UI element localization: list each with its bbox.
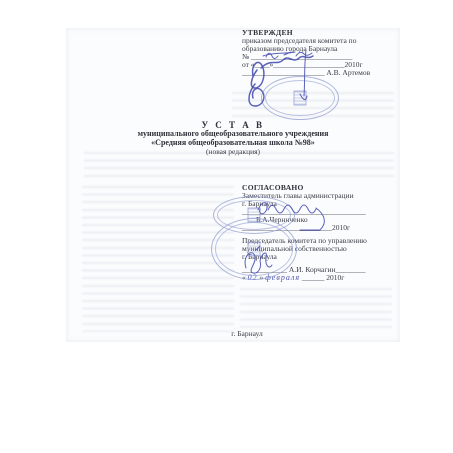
title-block: У С Т А В муниципального общеобразовател… bbox=[66, 120, 400, 156]
date-year: 2010г bbox=[326, 273, 344, 282]
signature-korchagin bbox=[238, 244, 274, 276]
bleedthrough-text-lines bbox=[82, 186, 234, 332]
edition-note: (новая редакция) bbox=[66, 148, 400, 157]
handwritten-number-marks bbox=[262, 48, 324, 62]
signature-chernichenko bbox=[254, 196, 338, 234]
footer-city: г. Барнаул bbox=[80, 330, 414, 338]
bleedthrough-text-lines bbox=[240, 288, 392, 332]
fill-line: ______ bbox=[302, 273, 325, 282]
scanned-document-page: { "colors": { "ink": "#3a3a44", "pen_blu… bbox=[0, 0, 453, 453]
footer: г. Барнаул bbox=[80, 330, 414, 338]
